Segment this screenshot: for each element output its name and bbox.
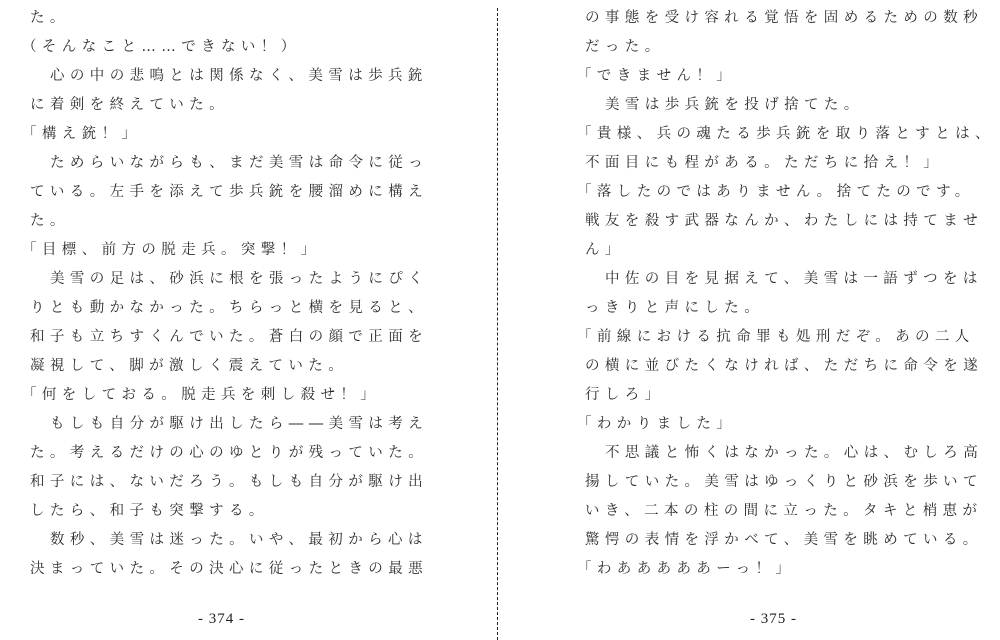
text-line: もしも自分が駆け出したら――美雪は考え — [30, 410, 428, 439]
text-line: 美雪は歩兵銃を投げ捨てた。 — [585, 91, 864, 120]
text-line: したら、和子も突撃する。 — [30, 497, 269, 526]
text-line: の横に並びたくなければ、ただちに命令を遂 — [585, 352, 983, 381]
text-line: た。考えるだけの心のゆとりが残っていた。 — [30, 439, 428, 468]
text-line: りとも動かなかった。ちらっと横を見ると、 — [30, 294, 428, 323]
text-line: た。 — [30, 4, 70, 33]
text-line: っきりと声にした。 — [585, 294, 764, 323]
text-line: 戦友を殺す武器なんか、わたしには持てませ — [585, 207, 983, 236]
text-line: 和子には、ないだろう。もしも自分が駆け出 — [30, 468, 428, 497]
text-line: 中佐の目を見据えて、美雪は一語ずつをは — [585, 265, 983, 294]
text-line: 心の中の悲鳴とは関係なく、美雪は歩兵銃 — [30, 62, 428, 91]
page-divider — [497, 8, 498, 640]
text-line: 不面目にも程がある。ただちに拾え！」 — [585, 149, 943, 178]
text-line: ためらいながらも、まだ美雪は命令に従っ — [30, 149, 428, 178]
text-line: 揚していた。美雪はゆっくりと砂浜を歩いて — [585, 468, 983, 497]
page-number-left: - 374 - — [198, 611, 245, 628]
text-line: ている。左手を添えて歩兵銃を腰溜めに構え — [30, 178, 428, 207]
left-page: た。（そんなこと……できない！）心の中の悲鳴とは関係なく、美雪は歩兵銃に着剣を終… — [30, 0, 450, 640]
text-line: 「落したのではありません。捨てたのです。 — [577, 178, 975, 207]
text-line: 数秒、美雪は迷った。いや、最初から心は — [30, 526, 428, 555]
text-line: 美雪の足は、砂浜に根を張ったようにぴく — [30, 265, 428, 294]
text-line: 「何をしておる。脱走兵を刺し殺せ！」 — [22, 381, 380, 410]
text-line: 「できません！」 — [577, 62, 736, 91]
text-line: 「前線における抗命罪も処刑だぞ。あの二人 — [577, 323, 975, 352]
text-line: 「構え銃！」 — [22, 120, 141, 149]
right-page: の事態を受け容れる覚悟を固めるための数秒だった。「できません！」美雪は歩兵銃を投… — [585, 0, 1000, 640]
text-line: （そんなこと……できない！） — [22, 33, 301, 62]
text-line: た。 — [30, 207, 70, 236]
text-line: 決まっていた。その決心に従ったときの最悪 — [30, 555, 428, 584]
page-number-right: - 375 - — [750, 611, 797, 628]
text-line: ん」 — [585, 236, 625, 265]
text-line: 凝視して、脚が激しく震えていた。 — [30, 352, 348, 381]
text-line: 驚愕の表情を浮かべて、美雪を眺めている。 — [585, 526, 983, 555]
text-line: だった。 — [585, 33, 665, 62]
text-line: 行しろ」 — [585, 381, 665, 410]
text-line: の事態を受け容れる覚悟を固めるための数秒 — [585, 4, 983, 33]
text-line: いき、二本の柱の間に立った。タキと梢恵が — [585, 497, 982, 526]
text-line: 「目標、前方の脱走兵。突撃！」 — [22, 236, 321, 265]
text-line: に着剣を終えていた。 — [30, 91, 229, 120]
text-line: 和子も立ちすくんでいた。蒼白の顔で正面を — [30, 323, 428, 352]
text-line: 「貴様、兵の魂たる歩兵銃を取り落とすとは、 — [577, 120, 995, 149]
text-line: 「わあああああーっ！」 — [577, 555, 795, 584]
text-line: 「わかりました」 — [577, 410, 736, 439]
text-line: 不思議と怖くはなかった。心は、むしろ高 — [585, 439, 983, 468]
